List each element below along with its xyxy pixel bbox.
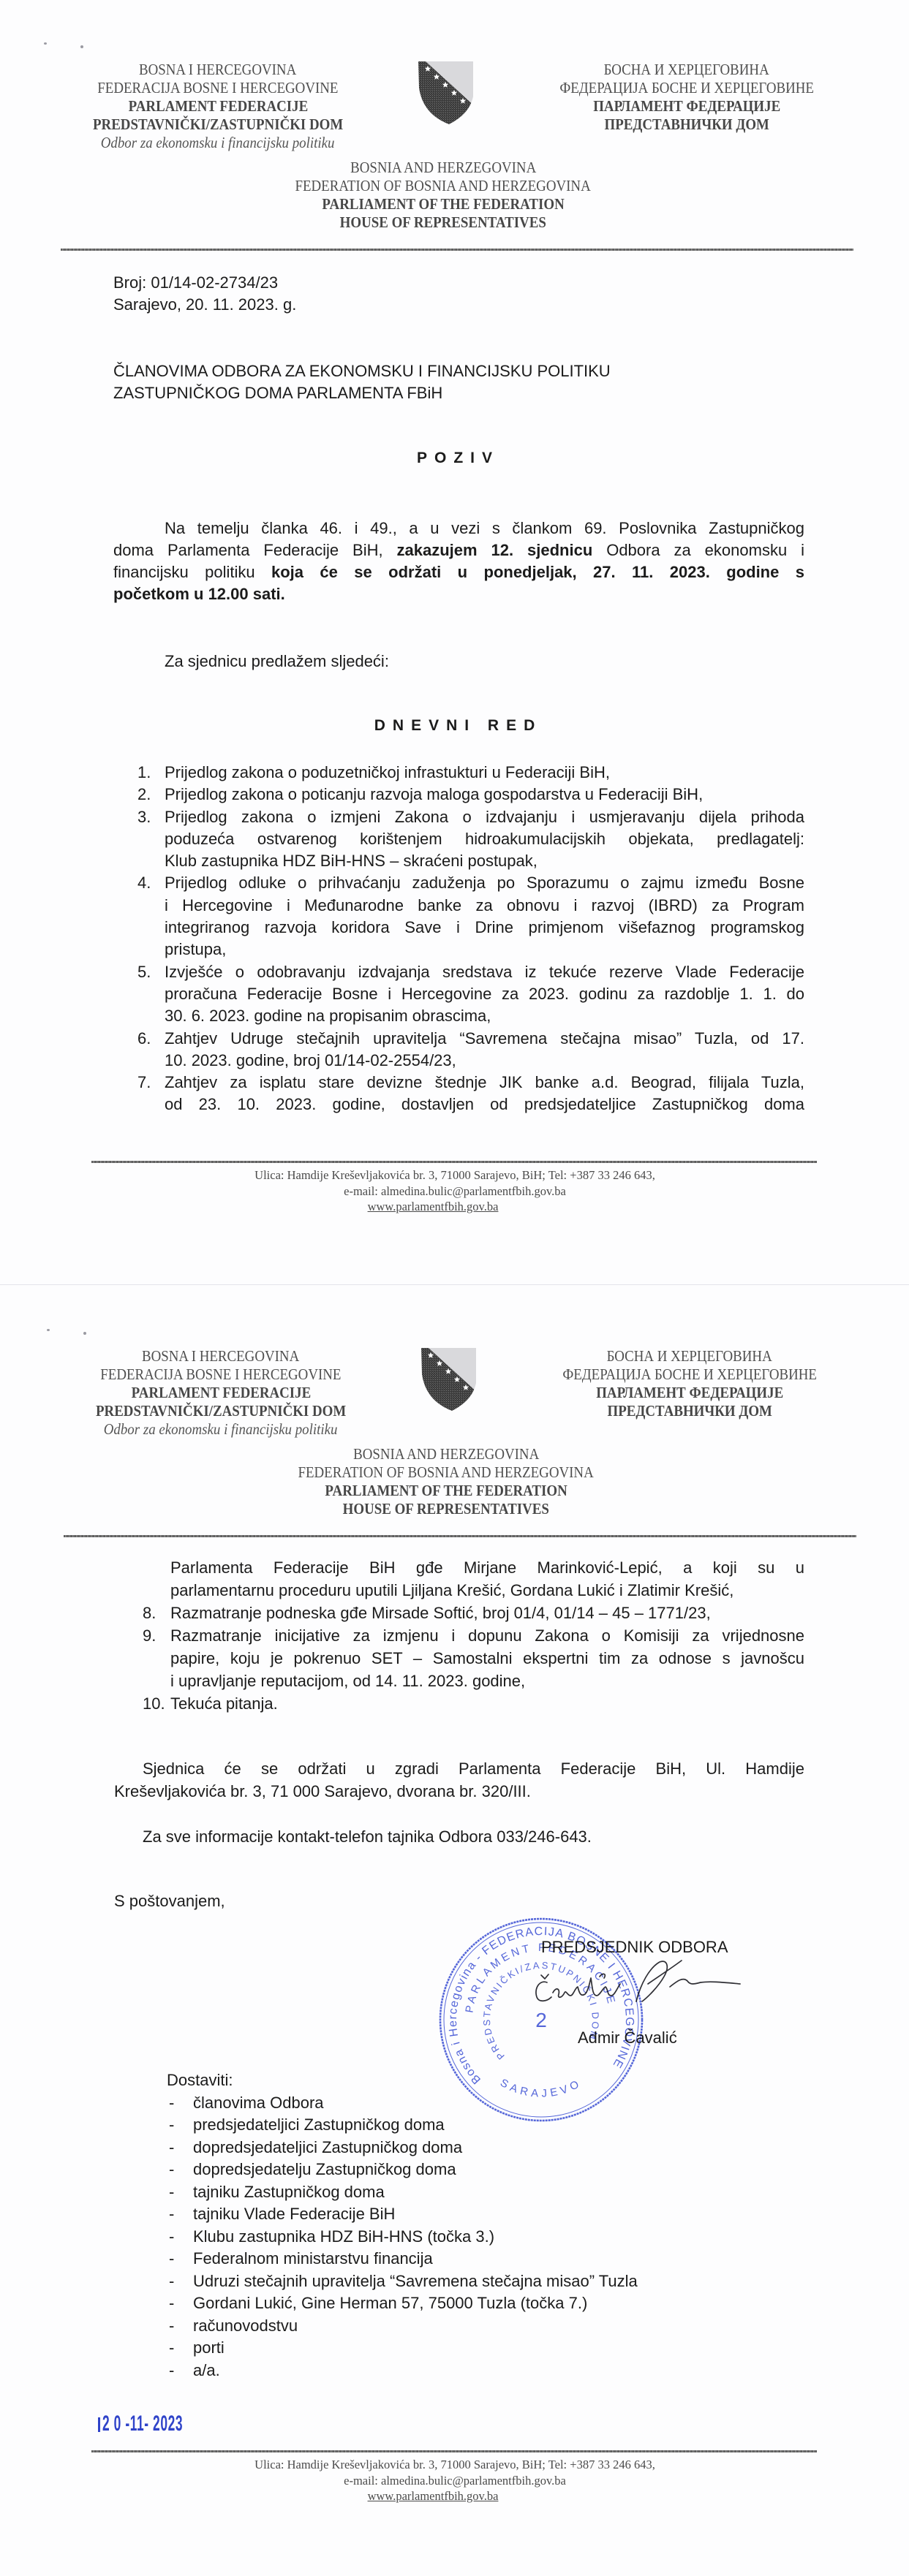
- bullet-dash: -: [167, 2114, 193, 2137]
- distribution-item-text: računovodstvu: [193, 2316, 298, 2335]
- footer-contact: Ulica: Hamdije Kreševljakovića br. 3, 71…: [89, 2457, 821, 2504]
- received-date: 2 0 -11- 2023: [102, 2411, 183, 2437]
- agenda-line: pristupa,: [165, 939, 804, 961]
- letterhead-line: Odbor za ekonomsku i financijsku politik…: [35, 134, 401, 152]
- letterhead-line: BOSNA I HERCEGOVINA: [35, 61, 401, 79]
- parliament-name-cyrillic: ПАРЛАМЕНТ ФЕДЕРАЦИЈЕ: [596, 1384, 783, 1402]
- contact-info: Za sve informacije kontakt-telefon tajni…: [143, 1826, 592, 1848]
- footer-email: e-mail: almedina.bulic@parlamentfbih.gov…: [89, 1183, 821, 1200]
- distribution-item: -tajniku Vlade Federacije BiH: [167, 2203, 638, 2226]
- federation-name-english: FEDERATION OF BOSNIA AND HERZEGOVINA: [298, 1463, 594, 1482]
- agenda-item: 7.Zahtjev za isplatu stare devizne štedn…: [137, 1072, 804, 1116]
- letterhead-line: PREDSTAVNIČKI/ZASTUPNIČKI DOM: [38, 1402, 404, 1420]
- distribution-item-text: Klubu zastupnika HDZ BiH-HNS (točka 3.): [193, 2227, 494, 2246]
- country-name-english: BOSNIA AND HERZEGOVINA: [353, 1445, 539, 1463]
- agenda-item-number: 1.: [137, 762, 165, 784]
- footer-email: e-mail: almedina.bulic@parlamentfbih.gov…: [89, 2473, 821, 2489]
- agenda-item-number: 8.: [143, 1602, 170, 1624]
- bullet-dash: -: [167, 2092, 193, 2115]
- distribution-item-text: dopredsjedatelju Zastupničkog doma: [193, 2160, 456, 2178]
- agenda-item: 9.Razmatranje inicijative za izmjenu i d…: [143, 1624, 804, 1692]
- agenda-item-text: Parlamenta Federacije BiH gđe Mirjane Ma…: [170, 1556, 804, 1602]
- agenda-item-number: 6.: [137, 1028, 165, 1072]
- federation-name-cyrillic: ФЕДЕРАЦИЈА БОСНЕ И ХЕРЦЕГОВИНЕ: [562, 1365, 817, 1384]
- venue-paragraph: Sjednica će se održati u zgradi Parlamen…: [114, 1757, 804, 1803]
- agenda-line: od 23. 10. 2023. godine, dostavljen od p…: [165, 1094, 804, 1115]
- coat-of-arms-icon: [417, 60, 475, 126]
- distribution-item: -a/a.: [167, 2360, 638, 2382]
- recipient-line: ZASTUPNIČKOG DOMA PARLAMENTA FBiH: [113, 382, 611, 404]
- federation-name-english: FEDERATION OF BOSNIA AND HERZEGOVINA: [295, 177, 591, 195]
- agenda-item-text: Razmatranje podneska gđe Mirsade Softić,…: [170, 1602, 804, 1624]
- agenda-line: Klub zastupnika HDZ BiH-HNS – skraćeni p…: [165, 850, 804, 872]
- parliament-name-cyrillic: ПАРЛАМЕНТ ФЕДЕРАЦИЈЕ: [593, 97, 780, 115]
- agenda-line: Razmatranje podneska gđe Mirsade Softić,…: [170, 1602, 804, 1624]
- letterhead-line: БОСНА И ХЕРЦЕГОВИНА: [507, 1347, 872, 1365]
- distribution-item-text: Gordani Lukić, Gine Herman 57, 75000 Tuz…: [193, 2294, 587, 2312]
- letterhead-line: ПРЕДСТАВНИЧКИ ДОМ: [507, 1402, 872, 1420]
- agenda-line: integriranog razvoja koridora Save i Dri…: [165, 917, 804, 939]
- document-title: POZIV: [0, 447, 909, 469]
- agenda-item-number: 10.: [143, 1692, 170, 1715]
- page-footer: Ulica: Hamdije Kreševljakovića br. 3, 71…: [0, 1161, 909, 1219]
- agenda-line: Prijedlog zakona o poduzetničkoj infrast…: [165, 762, 804, 784]
- agenda-title: DNEVNI RED: [0, 715, 909, 737]
- text-segment: početkom u 12.00 sati.: [113, 585, 285, 603]
- distribution-item-text: tajniku Zastupničkog doma: [193, 2183, 385, 2201]
- bullet-dash: -: [167, 2181, 193, 2204]
- paragraph-line: Sjednica će se održati u zgradi Parlamen…: [114, 1757, 804, 1780]
- agenda-item-text: Razmatranje inicijative za izmjenu i dop…: [170, 1624, 804, 1692]
- page-1: BOSNA I HERCEGOVINA FEDERACIJA BOSNE I H…: [0, 0, 909, 1284]
- country-name-cyrillic: БОСНА И ХЕРЦЕГОВИНА: [604, 61, 769, 79]
- country-name-cyrillic: БОСНА И ХЕРЦЕГОВИНА: [607, 1347, 772, 1365]
- document: BOSNA I HERCEGOVINA FEDERACIJA BOSNE I H…: [0, 0, 909, 2576]
- agenda-item: Parlamenta Federacije BiH gđe Mirjane Ma…: [143, 1556, 804, 1602]
- reference-number: Broj: 01/14-02-2734/23: [113, 272, 296, 294]
- text-segment: financijsku politiku: [113, 563, 271, 581]
- agenda-item-text: Prijedlog odluke o prihvaćanju zaduženja…: [165, 872, 804, 961]
- agenda-line: papire, koju je pokrenuo SET – Samostaln…: [170, 1647, 804, 1670]
- agenda-line: poduzeća ostvarenog korištenjem hidroaku…: [165, 828, 804, 850]
- recipient-block: ČLANOVIMA ODBORA ZA EKONOMSKU I FINANCIJ…: [113, 360, 611, 404]
- agenda-item: 2.Prijedlog zakona o poticanju razvoja m…: [137, 784, 804, 806]
- agenda-line: parlamentarnu proceduru uputili Ljiljana…: [170, 1579, 804, 1602]
- letterhead-line: БОСНА И ХЕРЦЕГОВИНА: [504, 61, 870, 79]
- house-name-cyrillic: ПРЕДСТАВНИЧКИ ДОМ: [607, 1402, 772, 1420]
- agenda-item: 8.Razmatranje podneska gđe Mirsade Softi…: [143, 1602, 804, 1624]
- house-name-english: HOUSE OF REPRESENTATIVES: [343, 1500, 549, 1518]
- text-segment: koja će se održati u ponedjeljak, 27. 11…: [271, 563, 804, 581]
- footer-website-link[interactable]: www.parlamentfbih.gov.ba: [368, 1200, 499, 1213]
- agenda-line: Prijedlog odluke o prihvaćanju zaduženja…: [165, 872, 804, 894]
- letterhead-line: HOUSE OF REPRESENTATIVES: [260, 213, 626, 232]
- agenda-line: 30. 6. 2023. godine na propisanim obrasc…: [165, 1005, 804, 1027]
- letterhead-line: Odbor za ekonomsku i financijsku politik…: [38, 1420, 404, 1439]
- country-name: BOSNA I HERCEGOVINA: [139, 61, 296, 79]
- letterhead-line: PREDSTAVNIČKI/ZASTUPNIČKI DOM: [35, 115, 401, 134]
- parliament-name-english: PARLIAMENT OF THE FEDERATION: [322, 195, 564, 213]
- agenda-line: Zahtjev za isplatu stare devizne štednje…: [165, 1072, 804, 1094]
- letterhead-cyrillic: БОСНА И ХЕРЦЕГОВИНА ФЕДЕРАЦИЈА БОСНЕ И Х…: [504, 61, 870, 134]
- bullet-dash: -: [167, 2315, 193, 2338]
- house-name-english: HOUSE OF REPRESENTATIVES: [340, 213, 546, 232]
- text-segment: doma Parlamenta Federacije BiH,: [113, 541, 397, 559]
- closing-salutation: S poštovanjem,: [114, 1890, 225, 1912]
- text-segment: Odbora za ekonomsku i: [592, 541, 804, 559]
- distribution-label: Dostaviti:: [167, 2069, 638, 2092]
- agenda-line: i upravljanje reputacijom, od 14. 11. 20…: [170, 1670, 804, 1692]
- paragraph-line: doma Parlamenta Federacije BiH, zakazuje…: [113, 539, 804, 561]
- letterhead-line: ПАРЛАМЕНТ ФЕДЕРАЦИЈЕ: [507, 1384, 872, 1402]
- footer-address: Ulica: Hamdije Kreševljakovića br. 3, 71…: [89, 2457, 821, 2473]
- agenda-item-text: Prijedlog zakona o poticanju razvoja mal…: [165, 784, 804, 806]
- bullet-dash: -: [167, 2270, 193, 2293]
- stamp-partial-glyph: [98, 2417, 100, 2432]
- agenda-item-number: 7.: [137, 1072, 165, 1116]
- federation-name-cyrillic: ФЕДЕРАЦИЈА БОСНЕ И ХЕРЦЕГОВИНЕ: [559, 79, 814, 97]
- distribution-item: -dopredsjedateljici Zastupničkog doma: [167, 2137, 638, 2159]
- distribution-item-text: a/a.: [193, 2361, 220, 2379]
- agenda-line: Zahtjev Udruge stečajnih upravitelja “Sa…: [165, 1028, 804, 1050]
- agenda-line: Prijedlog zakona o izmjeni Zakona o izdv…: [165, 806, 804, 828]
- distribution-list: Dostaviti: -članovima Odbora-predsjedate…: [167, 2069, 638, 2382]
- footer-contact: Ulica: Hamdije Kreševljakovića br. 3, 71…: [89, 1167, 821, 1215]
- bullet-dash: -: [167, 2360, 193, 2382]
- agenda-line: i Hercegovine i Međunarodne banke za obn…: [165, 895, 804, 917]
- agenda-item-number: [143, 1556, 170, 1602]
- distribution-item-text: tajniku Vlade Federacije BiH: [193, 2205, 395, 2223]
- bullet-dash: -: [167, 2226, 193, 2249]
- footer-website-link[interactable]: www.parlamentfbih.gov.ba: [368, 2489, 499, 2503]
- letterhead-line: BOSNIA AND HERZEGOVINA: [263, 1445, 629, 1463]
- recipient-line: ČLANOVIMA ODBORA ZA EKONOMSKU I FINANCIJ…: [113, 360, 611, 382]
- letterhead-line: ФЕДЕРАЦИЈА БОСНЕ И ХЕРЦЕГОВИНЕ: [507, 1365, 872, 1384]
- letterhead-line: ПРЕДСТАВНИЧКИ ДОМ: [504, 115, 870, 134]
- agenda-line: Tekuća pitanja.: [170, 1692, 804, 1715]
- agenda-item-text: Zahtjev za isplatu stare devizne štednje…: [165, 1072, 804, 1116]
- distribution-item-text: predsjedateljici Zastupničkog doma: [193, 2115, 445, 2134]
- scan-mark: [47, 1329, 50, 1331]
- scan-mark: [44, 42, 47, 45]
- letterhead-latin: BOSNA I HERCEGOVINA FEDERACIJA BOSNE I H…: [35, 61, 401, 152]
- stamp-center-number: 2: [535, 2009, 547, 2031]
- letterhead-line: BOSNA I HERCEGOVINA: [38, 1347, 404, 1365]
- distribution-item: -Gordani Lukić, Gine Herman 57, 75000 Tu…: [167, 2292, 638, 2315]
- parliament-name: PARLAMENT FEDERACIJE: [128, 97, 308, 115]
- header-divider: [64, 1535, 856, 1537]
- letterhead-line: PARLAMENT FEDERACIJE: [35, 97, 401, 115]
- bullet-dash: -: [167, 2203, 193, 2226]
- letterhead: BOSNA I HERCEGOVINA FEDERACIJA BOSNE I H…: [3, 1287, 909, 1542]
- letterhead-line: PARLIAMENT OF THE FEDERATION: [263, 1482, 629, 1500]
- agenda-item: 4.Prijedlog odluke o prihvaćanju zadužen…: [137, 872, 804, 961]
- letterhead-english: BOSNIA AND HERZEGOVINA FEDERATION OF BOS…: [260, 159, 626, 232]
- paragraph-line: financijsku politiku koja će se održati …: [113, 561, 804, 583]
- intro-paragraph: Na temelju članka 46. i 49., a u vezi s …: [113, 518, 804, 605]
- distribution-item-text: porti: [193, 2338, 225, 2357]
- agenda-item: 5.Izvješće o odobravanju izdvajanja sred…: [137, 961, 804, 1028]
- agenda-lead: Za sjednicu predlažem sljedeći:: [165, 651, 389, 673]
- distribution-item: -Klubu zastupnika HDZ BiH-HNS (točka 3.): [167, 2226, 638, 2249]
- distribution-item-text: dopredsjedateljici Zastupničkog doma: [193, 2138, 462, 2156]
- agenda-item-text: Zahtjev Udruge stečajnih upravitelja “Sa…: [165, 1028, 804, 1072]
- footer-address: Ulica: Hamdije Kreševljakovića br. 3, 71…: [89, 1167, 821, 1183]
- letterhead-line: PARLIAMENT OF THE FEDERATION: [260, 195, 626, 213]
- scan-mark: [80, 45, 83, 48]
- agenda-item-text: Prijedlog zakona o poduzetničkoj infrast…: [165, 762, 804, 784]
- paragraph-line: početkom u 12.00 sati.: [113, 583, 804, 605]
- agenda-item-text: Izvješće o odobravanju izdvajanja sredst…: [165, 961, 804, 1028]
- received-date-stamp: 2 0 -11- 2023: [102, 2411, 241, 2437]
- agenda-item: 3.Prijedlog zakona o izmjeni Zakona o iz…: [137, 806, 804, 873]
- bullet-dash: -: [167, 2292, 193, 2315]
- agenda-line: Prijedlog zakona o poticanju razvoja mal…: [165, 784, 804, 806]
- federation-name: FEDERACIJA BOSNE I HERCEGOVINE: [97, 79, 338, 97]
- distribution-item: -tajniku Zastupničkog doma: [167, 2181, 638, 2204]
- agenda-line: Razmatranje inicijative za izmjenu i dop…: [170, 1624, 804, 1647]
- parliament-name: PARLAMENT FEDERACIJE: [131, 1384, 311, 1402]
- bullet-dash: -: [167, 2137, 193, 2159]
- agenda-item: 6.Zahtjev Udruge stečajnih upravitelja “…: [137, 1028, 804, 1072]
- letterhead-latin: BOSNA I HERCEGOVINA FEDERACIJA BOSNE I H…: [38, 1347, 404, 1439]
- bullet-dash: -: [167, 2337, 193, 2360]
- committee-name: Odbor za ekonomsku i financijsku politik…: [104, 1420, 338, 1439]
- country-name-english: BOSNIA AND HERZEGOVINA: [350, 159, 536, 177]
- agenda-line: Parlamenta Federacije BiH gđe Mirjane Ma…: [170, 1556, 804, 1579]
- place-date: Sarajevo, 20. 11. 2023. g.: [113, 294, 296, 316]
- house-name: PREDSTAVNIČKI/ZASTUPNIČKI DOM: [96, 1402, 346, 1420]
- footer-divider: [91, 1161, 817, 1163]
- coat-of-arms-icon: [420, 1346, 478, 1412]
- agenda-line: Izvješće o odobravanju izdvajanja sredst…: [165, 961, 804, 983]
- page-2: BOSNA I HERCEGOVINA FEDERACIJA BOSNE I H…: [0, 1284, 909, 2576]
- letterhead-line: ПАРЛАМЕНТ ФЕДЕРАЦИЈЕ: [504, 97, 870, 115]
- letterhead-cyrillic: БОСНА И ХЕРЦЕГОВИНА ФЕДЕРАЦИЈА БОСНЕ И Х…: [507, 1347, 872, 1420]
- letterhead-line: FEDERATION OF BOSNIA AND HERZEGOVINA: [263, 1463, 629, 1482]
- parliament-name-english: PARLIAMENT OF THE FEDERATION: [325, 1482, 567, 1500]
- letterhead-line: ФЕДЕРАЦИЈА БОСНЕ И ХЕРЦЕГОВИНЕ: [504, 79, 870, 97]
- distribution-item-text: Udruzi stečajnih upravitelja “Savremena …: [193, 2272, 638, 2290]
- letterhead: BOSNA I HERCEGOVINA FEDERACIJA BOSNE I H…: [0, 0, 909, 256]
- letterhead-line: FEDERACIJA BOSNE I HERCEGOVINE: [35, 79, 401, 97]
- distribution-item-text: članovima Odbora: [193, 2094, 324, 2112]
- country-name: BOSNA I HERCEGOVINA: [142, 1347, 299, 1365]
- text-segment: Na temelju članka 46. i 49., a u vezi s …: [165, 519, 804, 537]
- distribution-item: -članovima Odbora: [167, 2092, 638, 2115]
- distribution-item: -Udruzi stečajnih upravitelja “Savremena…: [167, 2270, 638, 2293]
- letterhead-line: FEDERATION OF BOSNIA AND HERZEGOVINA: [260, 177, 626, 195]
- letterhead-line: FEDERACIJA BOSNE I HERCEGOVINE: [38, 1365, 404, 1384]
- distribution-item: -računovodstvu: [167, 2315, 638, 2338]
- letterhead-line: HOUSE OF REPRESENTATIVES: [263, 1500, 629, 1518]
- agenda-item-number: 2.: [137, 784, 165, 806]
- distribution-item: -predsjedateljici Zastupničkog doma: [167, 2114, 638, 2137]
- footer-divider: [91, 2450, 817, 2452]
- agenda-list-continued: Parlamenta Federacije BiH gđe Mirjane Ma…: [143, 1556, 804, 1715]
- agenda-item-text: Tekuća pitanja.: [170, 1692, 804, 1715]
- house-name: PREDSTAVNIČKI/ZASTUPNIČKI DOM: [93, 115, 343, 134]
- agenda-list: 1.Prijedlog zakona o poduzetničkoj infra…: [137, 762, 804, 1116]
- agenda-item-number: 4.: [137, 872, 165, 961]
- committee-name: Odbor za ekonomsku i financijsku politik…: [101, 134, 335, 152]
- letterhead-line: PARLAMENT FEDERACIJE: [38, 1384, 404, 1402]
- house-name-cyrillic: ПРЕДСТАВНИЧКИ ДОМ: [604, 115, 769, 134]
- page-footer: Ulica: Hamdije Kreševljakovića br. 3, 71…: [0, 2450, 909, 2509]
- paragraph-line: Kreševljakovića br. 3, 71 000 Sarajevo, …: [114, 1780, 804, 1803]
- distribution-item: -Federalnom ministarstvu financija: [167, 2248, 638, 2270]
- letterhead-line: BOSNIA AND HERZEGOVINA: [260, 159, 626, 177]
- header-divider: [61, 249, 853, 251]
- agenda-item-number: 5.: [137, 961, 165, 1028]
- scan-mark: [83, 1332, 86, 1335]
- agenda-line: 10. 2023. godine, broj 01/14-02-2554/23,: [165, 1050, 804, 1072]
- agenda-item-text: Prijedlog zakona o izmjeni Zakona o izdv…: [165, 806, 804, 873]
- bullet-dash: -: [167, 2248, 193, 2270]
- text-segment: zakazujem 12. sjednicu: [397, 541, 593, 559]
- agenda-line: proračuna Federacije Bosne i Hercegovine…: [165, 983, 804, 1005]
- reference-block: Broj: 01/14-02-2734/23 Sarajevo, 20. 11.…: [113, 272, 296, 316]
- distribution-item: -dopredsjedatelju Zastupničkog doma: [167, 2159, 638, 2181]
- bullet-dash: -: [167, 2159, 193, 2181]
- letterhead-english: BOSNIA AND HERZEGOVINA FEDERATION OF BOS…: [263, 1445, 629, 1518]
- agenda-item-number: 9.: [143, 1624, 170, 1692]
- agenda-item-number: 3.: [137, 806, 165, 873]
- paragraph-line: Na temelju članka 46. i 49., a u vezi s …: [113, 518, 804, 539]
- federation-name: FEDERACIJA BOSNE I HERCEGOVINE: [100, 1365, 341, 1384]
- distribution-item-text: Federalnom ministarstvu financija: [193, 2249, 433, 2268]
- distribution-item: -porti: [167, 2337, 638, 2360]
- agenda-item: 1.Prijedlog zakona o poduzetničkoj infra…: [137, 762, 804, 784]
- agenda-item: 10.Tekuća pitanja.: [143, 1692, 804, 1715]
